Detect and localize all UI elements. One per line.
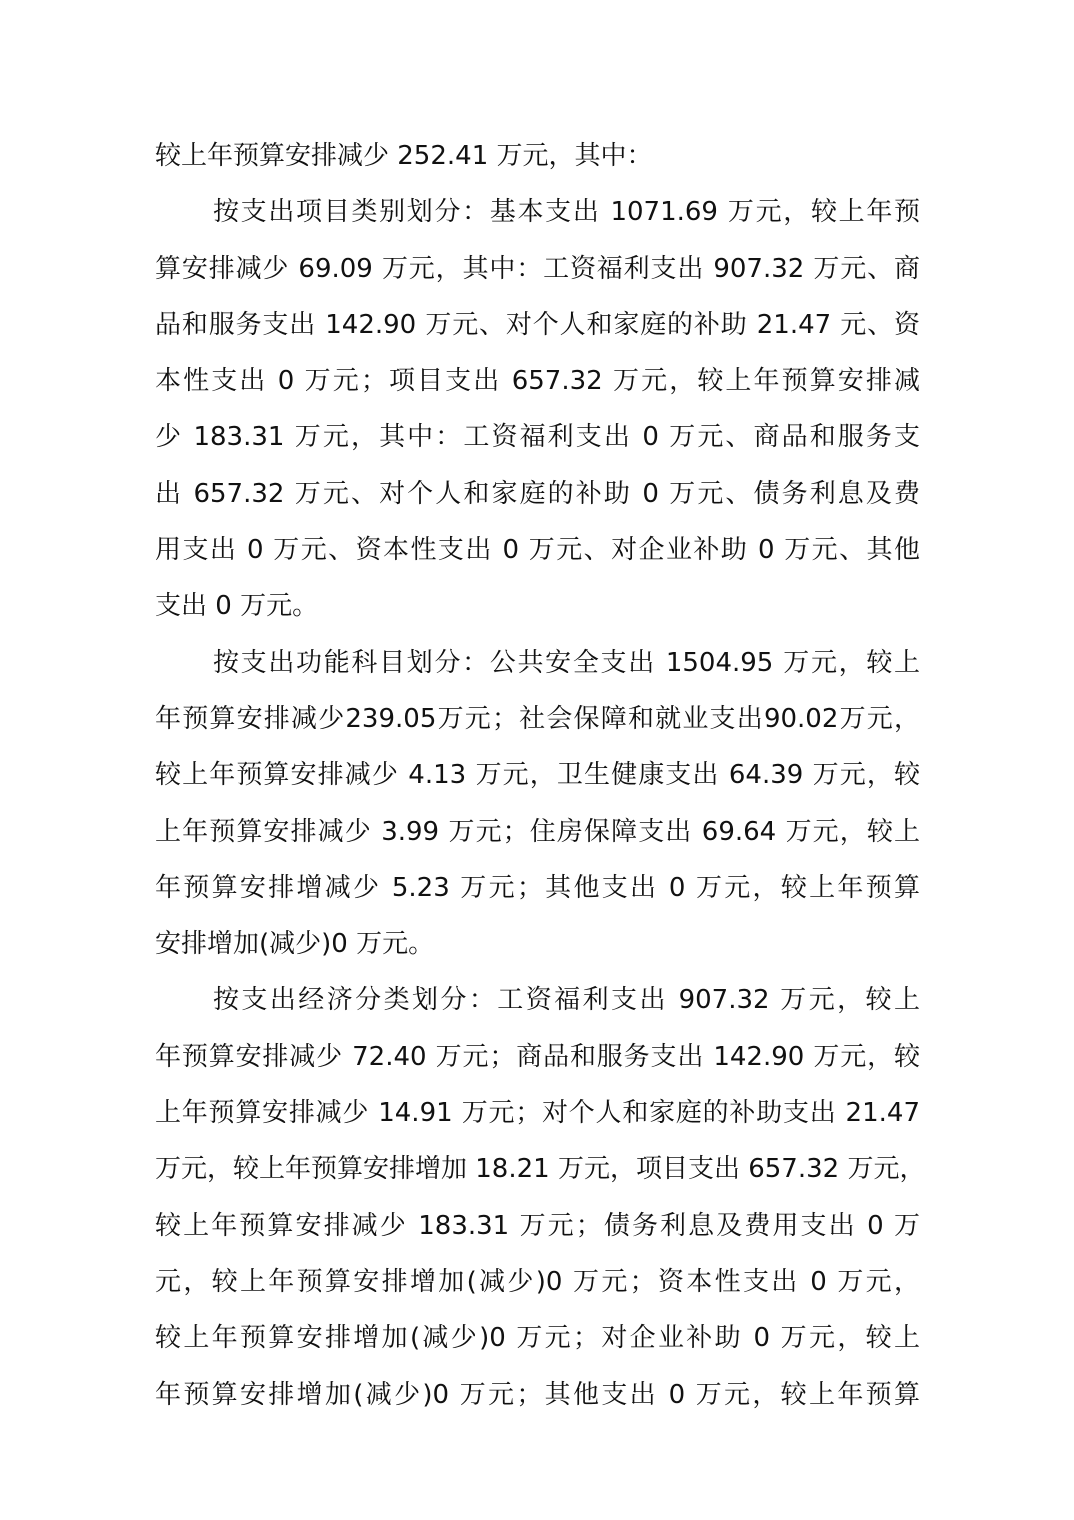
text-line: 算安排减少 69.09 万元，其中：工资福利支出 907.32 万元、商 xyxy=(155,241,920,297)
text-line: 出 657.32 万元、对个人和家庭的补助 0 万元、债务利息及费 xyxy=(155,466,920,522)
text-line: 按支出功能科目划分：公共安全支出 1504.95 万元，较上 xyxy=(155,635,920,691)
text-line: 元，较上年预算安排增加(减少)0 万元；资本性支出 0 万元， xyxy=(155,1254,920,1310)
text-line: 年预算安排减少239.05万元；社会保障和就业支出90.02万元， xyxy=(155,691,920,747)
text-line: 品和服务支出 142.90 万元、对个人和家庭的补助 21.47 元、资 xyxy=(155,297,920,353)
paragraph-by-project-category: 按支出项目类别划分：基本支出 1071.69 万元，较上年预 算安排减少 69.… xyxy=(155,184,920,634)
text-line: 较上年预算安排减少 4.13 万元，卫生健康支出 64.39 万元，较 xyxy=(155,747,920,803)
paragraph-by-economic-classification: 按支出经济分类划分：工资福利支出 907.32 万元，较上 年预算安排减少 72… xyxy=(155,972,920,1422)
text-line: 较上年预算安排增加(减少)0 万元；对企业补助 0 万元，较上 xyxy=(155,1310,920,1366)
document-page: 较上年预算安排减少 252.41 万元，其中： 按支出项目类别划分：基本支出 1… xyxy=(155,128,920,1423)
text-line: 用支出 0 万元、资本性支出 0 万元、对企业补助 0 万元、其他 xyxy=(155,522,920,578)
text-line: 本性支出 0 万元；项目支出 657.32 万元，较上年预算安排减 xyxy=(155,353,920,409)
text-line: 较上年预算安排减少 252.41 万元，其中： xyxy=(155,128,920,184)
text-line: 安排增加(减少)0 万元。 xyxy=(155,916,920,972)
text-line: 年预算安排增减少 5.23 万元；其他支出 0 万元，较上年预算 xyxy=(155,860,920,916)
text-line: 按支出项目类别划分：基本支出 1071.69 万元，较上年预 xyxy=(155,184,920,240)
text-line: 年预算安排减少 72.40 万元；商品和服务支出 142.90 万元，较 xyxy=(155,1029,920,1085)
paragraph-intro-tail: 较上年预算安排减少 252.41 万元，其中： xyxy=(155,128,920,184)
text-line: 按支出经济分类划分：工资福利支出 907.32 万元，较上 xyxy=(155,972,920,1028)
text-line: 少 183.31 万元，其中：工资福利支出 0 万元、商品和服务支 xyxy=(155,409,920,465)
text-line: 上年预算安排减少 14.91 万元；对个人和家庭的补助支出 21.47 xyxy=(155,1085,920,1141)
paragraph-by-functional-subject: 按支出功能科目划分：公共安全支出 1504.95 万元，较上 年预算安排减少23… xyxy=(155,635,920,973)
text-line: 万元，较上年预算安排增加 18.21 万元，项目支出 657.32 万元， xyxy=(155,1141,920,1197)
text-line: 年预算安排增加(减少)0 万元；其他支出 0 万元，较上年预算 xyxy=(155,1367,920,1423)
text-line: 上年预算安排减少 3.99 万元；住房保障支出 69.64 万元，较上 xyxy=(155,804,920,860)
text-line: 支出 0 万元。 xyxy=(155,578,920,634)
text-line: 较上年预算安排减少 183.31 万元；债务利息及费用支出 0 万 xyxy=(155,1198,920,1254)
